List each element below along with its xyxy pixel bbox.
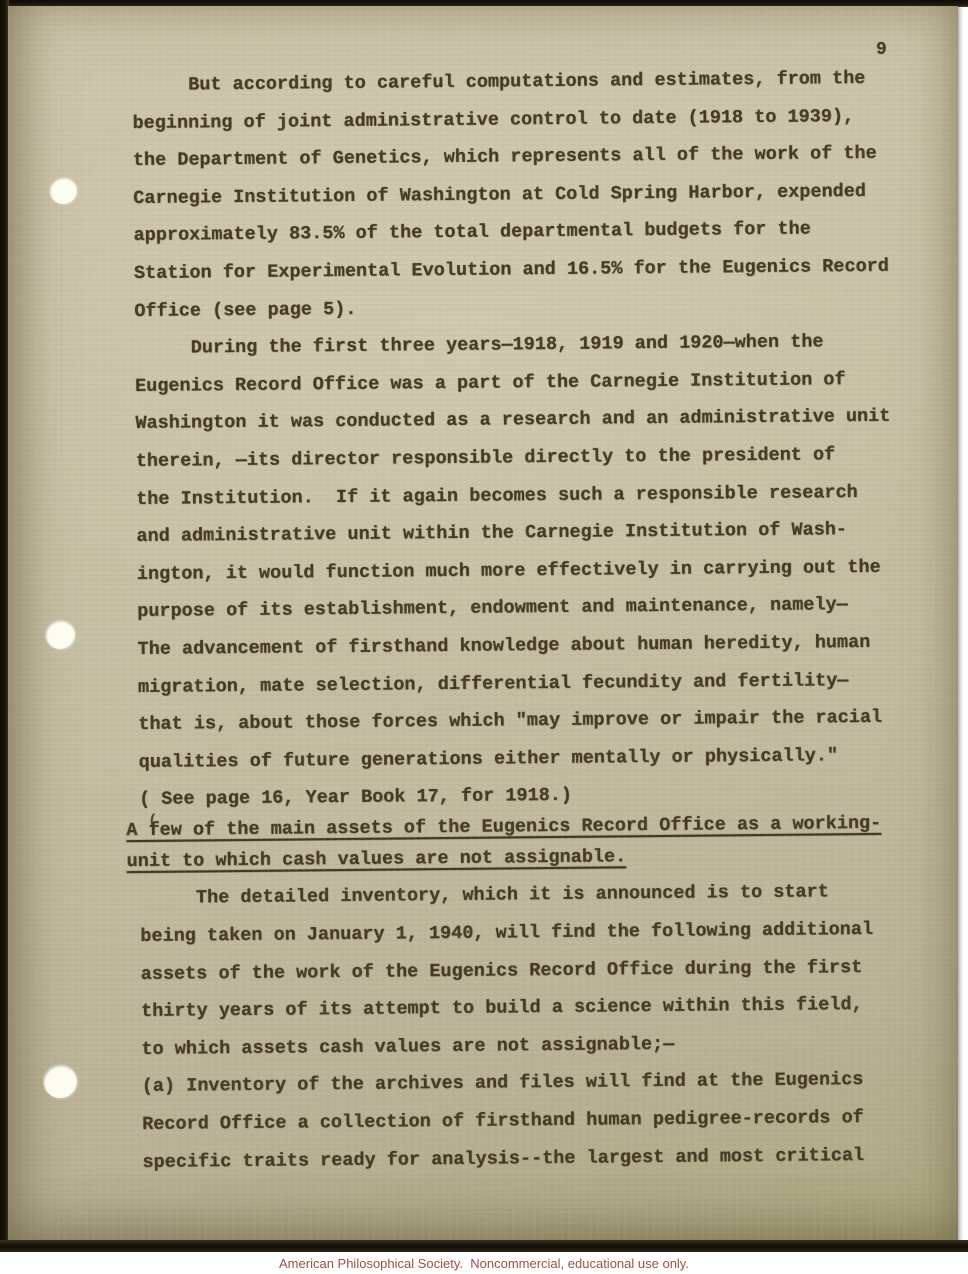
text-line: thirty years of its attempt to build a s… bbox=[141, 985, 951, 1030]
paper-bottom-shadow bbox=[0, 1240, 968, 1252]
scanned-document-page: 9 ( But according to careful computation… bbox=[0, 0, 968, 1274]
text-line: specific traits ready for analysis--the … bbox=[142, 1136, 952, 1181]
punch-hole-bottom bbox=[43, 1064, 77, 1098]
paper-sheet: 9 ( But according to careful computation… bbox=[8, 6, 958, 1246]
punch-hole-middle bbox=[45, 619, 75, 649]
footer-strip: American Philosophical Society. Noncomme… bbox=[0, 1252, 968, 1274]
page-number: 9 bbox=[876, 40, 887, 60]
footer-credit: American Philosophical Society. Noncomme… bbox=[279, 1256, 689, 1271]
punch-hole-top bbox=[49, 176, 77, 204]
typewritten-text: But according to careful computations an… bbox=[132, 59, 953, 1181]
text-line: Station for Experimental Evolution and 1… bbox=[134, 247, 944, 292]
